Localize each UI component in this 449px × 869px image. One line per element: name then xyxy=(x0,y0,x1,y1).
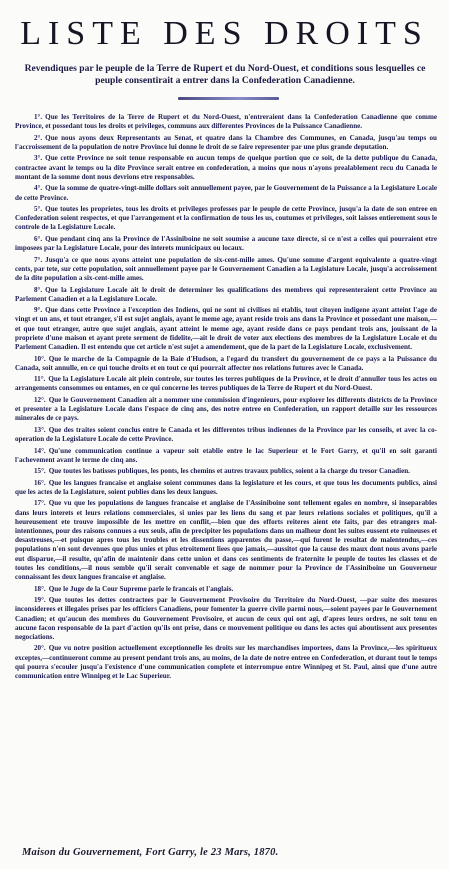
article-text: Que des traites soient conclus entre le … xyxy=(15,426,437,443)
article-14: 14°.Qu'une communication continue a vape… xyxy=(15,447,437,465)
article-number: 8°. xyxy=(34,286,42,294)
article-16: 16°.Que les langues francaise et anglais… xyxy=(15,479,437,497)
article-number: 10°. xyxy=(34,355,46,363)
article-number: 13°. xyxy=(34,426,46,434)
article-13: 13°.Que des traites soient conclus entre… xyxy=(15,426,437,444)
article-number: 16°. xyxy=(34,479,46,487)
article-number: 19°. xyxy=(34,596,46,604)
article-text: Que nous ayons deux Representants au Sen… xyxy=(15,134,437,151)
article-number: 17°. xyxy=(34,499,46,507)
article-7: 7°.Jusqu'a ce que nous ayons atteint une… xyxy=(15,256,437,284)
articles-list: 1°.Que les Territoires de la Terre de Ru… xyxy=(15,113,437,684)
article-number: 18°. xyxy=(34,585,46,593)
article-text: Que les langues francaise et anglaise so… xyxy=(15,479,437,496)
article-text: Que vu que les populations de langues fr… xyxy=(15,499,437,581)
article-3: 3°.Que cette Province ne soit tenue resp… xyxy=(15,154,437,182)
article-text: Que toutes les proprietes, tous les droi… xyxy=(15,205,437,231)
article-number: 15°. xyxy=(34,467,46,475)
article-text: Que les Territoires de la Terre de Ruper… xyxy=(15,113,437,130)
article-text: Que la somme de quatre-vingt-mille dolla… xyxy=(15,184,437,201)
article-text: Que le marche de la Compagnie de la Baie… xyxy=(15,355,437,372)
article-18: 18°.Que le Juge de la Cour Supreme parle… xyxy=(15,585,437,594)
article-9: 9°.Que dans cette Province a l'exception… xyxy=(15,306,437,352)
article-text: Que dans cette Province a l'exception de… xyxy=(15,306,437,351)
article-text: Que la Legislature Locale ait le droit d… xyxy=(15,286,437,303)
article-number: 5°. xyxy=(34,205,42,213)
article-12: 12°.Que le Gouvernement Canadien ait a n… xyxy=(15,396,437,424)
article-20: 20°.Que vu notre position actuellement e… xyxy=(15,644,437,681)
article-number: 3°. xyxy=(34,154,42,162)
article-number: 11°. xyxy=(34,375,45,383)
article-text: Que cette Province ne soit tenue respons… xyxy=(15,154,437,180)
document-subtitle: Revendiques par le peuple de la Terre de… xyxy=(10,63,440,87)
article-1: 1°.Que les Territoires de la Terre de Ru… xyxy=(15,113,437,131)
signature-line: Maison du Gouvernement, Fort Garry, le 2… xyxy=(22,847,278,858)
article-text: Que le Juge de la Cour Supreme parle le … xyxy=(49,585,234,593)
article-number: 2°. xyxy=(34,134,42,142)
article-11: 11°.Que la Legislature Locale ait plein … xyxy=(15,375,437,393)
article-2: 2°.Que nous ayons deux Representants au … xyxy=(15,134,437,152)
document-title: LISTE DES DROITS xyxy=(0,14,449,54)
article-15: 15°.Que toutes les batisses publiques, l… xyxy=(15,467,437,476)
article-17: 17°.Que vu que les populations de langue… xyxy=(15,499,437,582)
article-text: Qu'une communication continue a vapeur s… xyxy=(15,447,437,464)
article-text: Que le Gouvernement Canadien ait a nomme… xyxy=(15,396,437,422)
article-text: Que toutes les batisses publiques, les p… xyxy=(49,467,410,475)
article-number: 14°. xyxy=(34,447,46,455)
article-6: 6°.Que pendant cinq ans la Province de l… xyxy=(15,235,437,253)
article-8: 8°.Que la Legislature Locale ait le droi… xyxy=(15,286,437,304)
article-4: 4°.Que la somme de quatre-vingt-mille do… xyxy=(15,184,437,202)
article-text: Que toutes les dettes contractees par le… xyxy=(15,596,437,641)
article-number: 6°. xyxy=(34,235,42,243)
article-text: Que vu notre position actuellement excep… xyxy=(15,644,437,680)
article-number: 1°. xyxy=(34,113,42,121)
article-5: 5°.Que toutes les proprietes, tous les d… xyxy=(15,205,437,233)
title-divider xyxy=(178,97,279,100)
article-text: Que la Legislature Locale ait plein cont… xyxy=(15,375,437,392)
document-page: LISTE DES DROITS Revendiques par le peup… xyxy=(0,0,449,869)
article-number: 9°. xyxy=(34,306,42,314)
article-number: 12°. xyxy=(34,396,46,404)
article-number: 20°. xyxy=(34,644,46,652)
article-text: Jusqu'a ce que nous ayons atteint une po… xyxy=(15,256,437,282)
article-19: 19°.Que toutes les dettes contractees pa… xyxy=(15,596,437,642)
article-10: 10°.Que le marche de la Compagnie de la … xyxy=(15,355,437,373)
article-number: 7°. xyxy=(34,256,42,264)
article-text: Que pendant cinq ans la Province de l'As… xyxy=(15,235,437,252)
article-number: 4°. xyxy=(34,184,42,192)
